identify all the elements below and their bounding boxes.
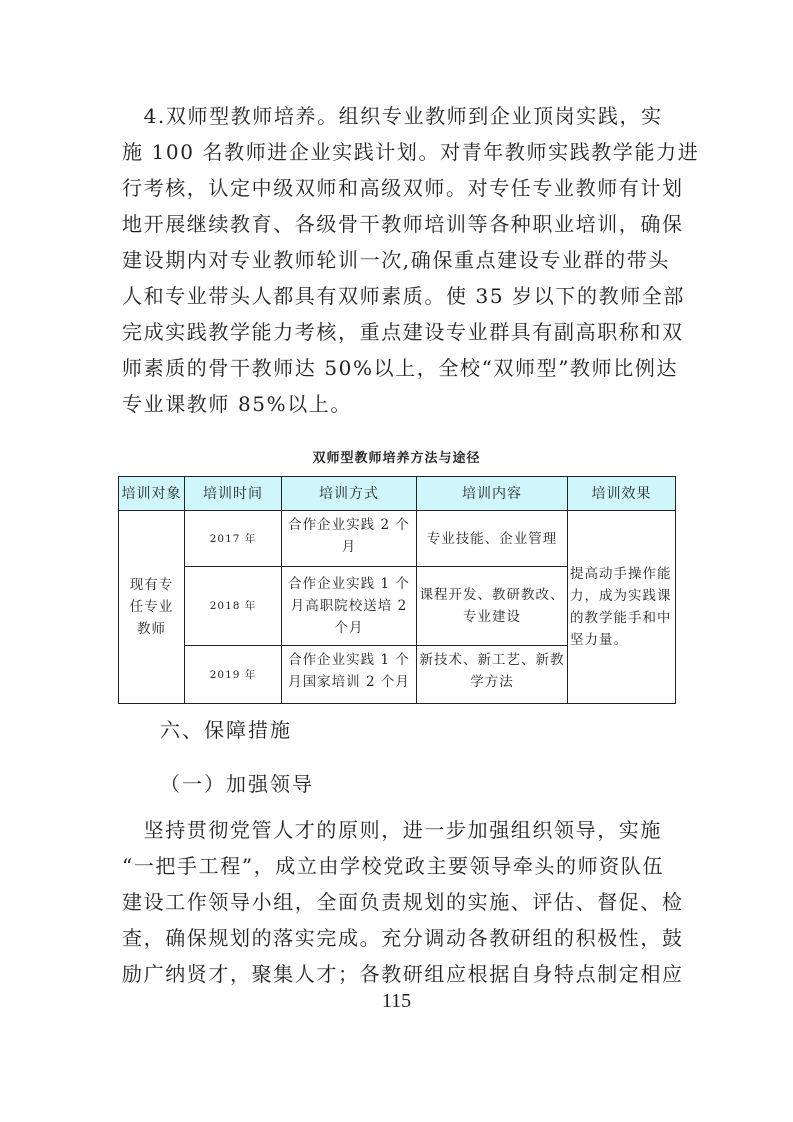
text-line: 坚持贯彻党管人才的原则，进一步加强组织领导，实施: [122, 812, 682, 848]
text-line: 励广纳贤才，聚集人才；各教研组应根据自身特点制定相应: [122, 956, 682, 992]
page-number: 115: [0, 990, 793, 1013]
section-heading: 六、保障措施: [160, 716, 292, 744]
cell-effect: 提高动手操作能力，成为实践课的教学能手和中坚力量。: [568, 511, 676, 704]
cell-method: 合作企业实践 2 个月: [282, 511, 417, 567]
text-line: “一把手工程”，成立由学校党政主要领导牵头的师资队伍: [122, 848, 682, 884]
cell-content: 课程开发、教研教改、专业建设: [417, 567, 568, 646]
text-line: 查，确保规划的落实完成。充分调动各教研组的积极性，鼓: [122, 920, 682, 956]
header-target: 培训对象: [119, 477, 185, 511]
document-page: 4.双师型教师培养。组织专业教师到企业顶岗实践，实 施 100 名教师进企业实践…: [0, 0, 793, 1122]
cell-time: 2018 年: [185, 567, 282, 646]
cell-target: 现有专任专业教师: [119, 511, 185, 704]
text-line: 专业课教师 85%以上。: [122, 386, 682, 422]
text-line: 建设期内对专业教师轮训一次,确保重点建设专业群的带头: [122, 242, 682, 278]
table-caption: 双师型教师培养方法与途径: [0, 447, 793, 466]
cell-method: 合作企业实践 1 个月国家培训 2 个月: [282, 646, 417, 704]
text-line: 地开展继续教育、各级骨干教师培训等各种职业培训，确保: [122, 206, 682, 242]
text-line: 完成实践教学能力考核，重点建设专业群具有副高职称和双: [122, 314, 682, 350]
cell-time: 2019 年: [185, 646, 282, 704]
cell-method: 合作企业实践 1 个月高职院校送培 2 个月: [282, 567, 417, 646]
header-time: 培训时间: [185, 477, 282, 511]
subsection-heading: （一）加强领导: [160, 770, 314, 798]
table-header-row: 培训对象 培训时间 培训方式 培训内容 培训效果: [119, 477, 676, 511]
training-table: 培训对象 培训时间 培训方式 培训内容 培训效果 现有专任专业教师 2017 年…: [118, 476, 676, 704]
cell-content: 专业技能、企业管理: [417, 511, 568, 567]
paragraph-leadership: 坚持贯彻党管人才的原则，进一步加强组织领导，实施 “一把手工程”，成立由学校党政…: [122, 812, 682, 992]
header-effect: 培训效果: [568, 477, 676, 511]
table-row: 现有专任专业教师 2017 年 合作企业实践 2 个月 专业技能、企业管理 提高…: [119, 511, 676, 567]
cell-content: 新技术、新工艺、新教学方法: [417, 646, 568, 704]
header-method: 培训方式: [282, 477, 417, 511]
text-line: 师素质的骨干教师达 50%以上，全校“双师型”教师比例达: [122, 350, 682, 386]
text-line: 人和专业带头人都具有双师素质。使 35 岁以下的教师全部: [122, 278, 682, 314]
text-line: 施 100 名教师进企业实践计划。对青年教师实践教学能力进: [122, 134, 682, 170]
paragraph-dual-teacher-training: 4.双师型教师培养。组织专业教师到企业顶岗实践，实 施 100 名教师进企业实践…: [122, 98, 682, 422]
cell-time: 2017 年: [185, 511, 282, 567]
text-line: 行考核，认定中级双师和高级双师。对专任专业教师有计划: [122, 170, 682, 206]
header-content: 培训内容: [417, 477, 568, 511]
text-line: 4.双师型教师培养。组织专业教师到企业顶岗实践，实: [122, 98, 682, 134]
text-line: 建设工作领导小组，全面负责规划的实施、评估、督促、检: [122, 884, 682, 920]
